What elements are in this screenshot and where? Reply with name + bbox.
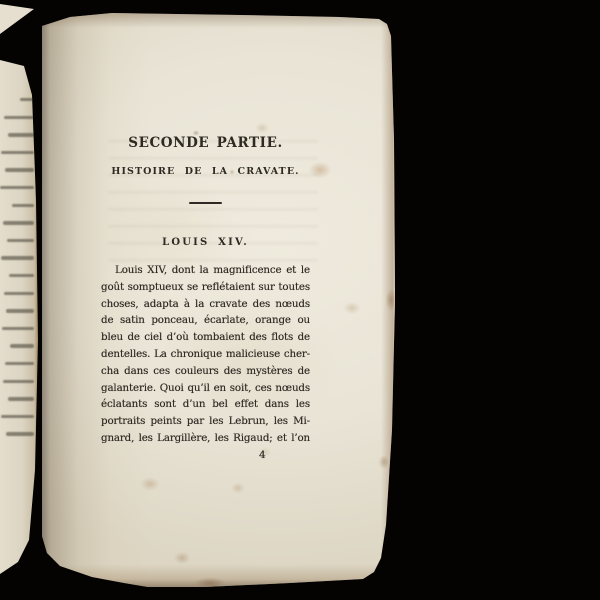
body-paragraph: Louis XIV, dont la magnificence et legoû… — [101, 262, 310, 447]
left-page-text-line — [1, 256, 34, 259]
left-page-blurred-text — [0, 0, 36, 600]
body-line: bleu de ciel d’où tombaient des flots de — [101, 329, 310, 346]
left-page-text-line — [20, 98, 34, 101]
left-page-text-line — [1, 151, 34, 154]
right-page: SECONDE PARTIE. HISTOIRE DE LA CRAVATE. … — [0, 0, 600, 600]
left-page-text-line — [8, 397, 34, 400]
book-photo-stage: SECONDE PARTIE. HISTOIRE DE LA CRAVATE. … — [0, 0, 600, 600]
body-line: goût somptueux se reflétaient sur toutes — [101, 279, 310, 296]
body-line: galanterie. Quoi qu’il en soit, ces nœud… — [101, 380, 310, 397]
body-line: éclatants sont d’un bel effet dans les — [101, 396, 310, 413]
left-page-text-line — [5, 168, 34, 171]
body-line: de satin ponceau, écarlate, orange ou — [101, 312, 310, 329]
page-text-block: SECONDE PARTIE. HISTOIRE DE LA CRAVATE. … — [101, 136, 310, 461]
left-page-text-line — [0, 186, 34, 189]
body-line: dentelles. La chronique malicieuse cher- — [101, 346, 310, 363]
left-page-text-line — [2, 327, 34, 330]
left-page-top-corner — [0, 0, 40, 40]
body-line: cha dans ces couleurs des mystères de — [101, 363, 310, 380]
left-page-text-line — [7, 239, 34, 242]
left-page-text-line — [1, 415, 34, 418]
section-heading: LOUIS XIV. — [101, 237, 310, 249]
body-line: gnard, les Largillère, les Rigaud; et l’… — [101, 430, 310, 447]
signature-number: 4 — [259, 449, 310, 461]
body-line: portraits peints par les Lebrun, les Mi- — [101, 413, 310, 430]
left-page-text-line — [4, 292, 34, 295]
body-line: choses, adapta à la cravate des nœuds — [101, 296, 310, 313]
left-page-text-line — [6, 309, 34, 312]
left-page-text-line — [8, 133, 34, 136]
body-line: Louis XIV, dont la magnificence et le — [101, 262, 310, 279]
part-subtitle: HISTOIRE DE LA CRAVATE. — [101, 166, 310, 177]
left-page-text-line — [3, 221, 34, 224]
left-page-text-line — [9, 274, 34, 277]
left-page-text-line — [5, 362, 34, 365]
left-page-text-line — [10, 344, 34, 347]
left-page-text-line — [4, 116, 34, 119]
left-page-text-line — [3, 380, 34, 383]
section-divider-rule — [189, 202, 222, 204]
part-title: SECONDE PARTIE. — [101, 136, 310, 150]
left-page-text-line — [6, 432, 34, 435]
left-page-text-line — [12, 204, 34, 207]
left-page-edge — [0, 0, 40, 600]
